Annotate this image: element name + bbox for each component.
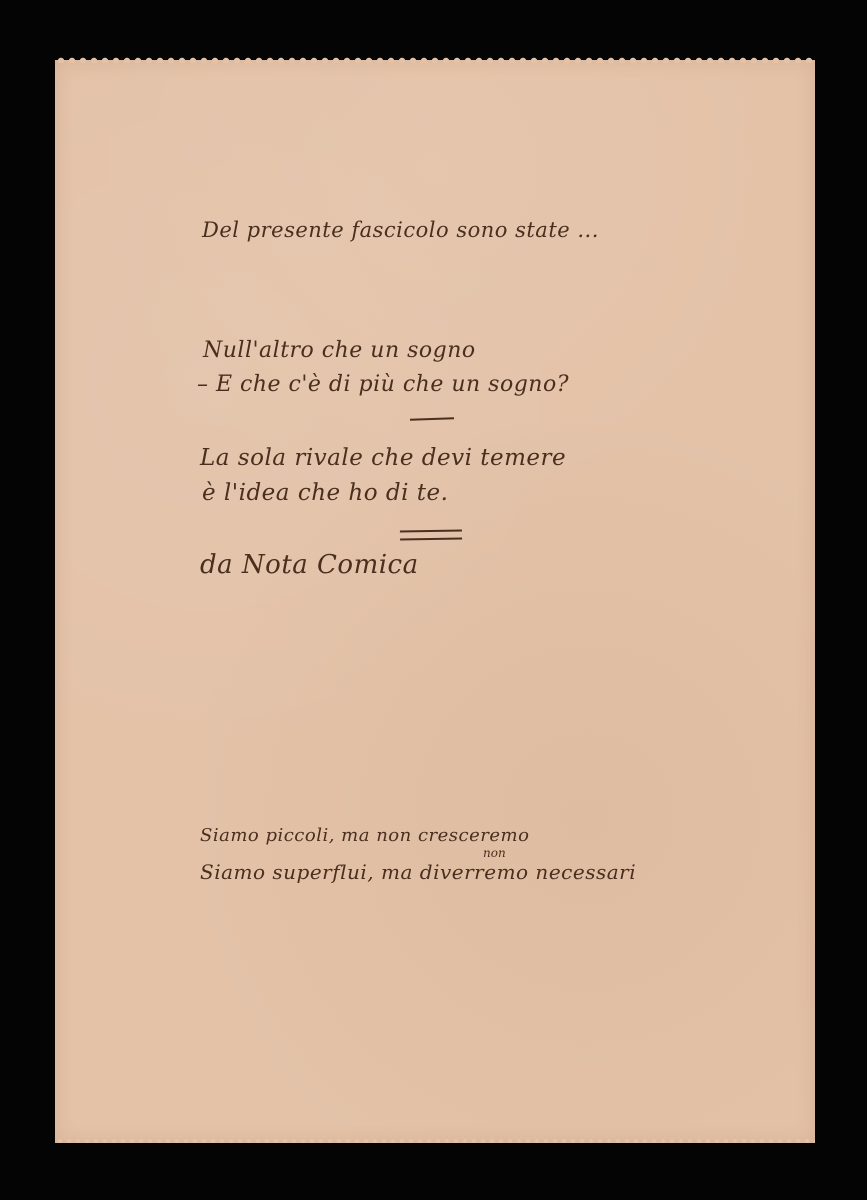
source-attribution: da Nota Comica: [200, 550, 419, 580]
header-note: Del presente fascicolo sono state ...: [202, 218, 599, 242]
motto-insertion: non: [483, 846, 506, 860]
motto-line-1: Siamo piccoli, ma non cresceremo: [200, 825, 529, 846]
double-divider: [400, 529, 462, 540]
stanza-1-line-2: – E che c'è di più che un sogno?: [197, 372, 569, 397]
single-divider: [410, 417, 454, 421]
stanza-1-line-1: Null'altro che un sogno: [203, 338, 476, 363]
stanza-2-line-2: è l'idea che ho di te.: [202, 480, 448, 506]
motto-line-2-prefix: Siamo superflui, ma: [200, 860, 413, 884]
manuscript-page: Del presente fascicolo sono state ... Nu…: [55, 60, 815, 1143]
stanza-2-line-1: La sola rivale che devi temere: [200, 445, 566, 471]
motto-line-2-suffix: diverremo necessari: [420, 860, 636, 884]
motto-line-2: Siamo superflui, ma diverremo necessari: [200, 860, 636, 884]
